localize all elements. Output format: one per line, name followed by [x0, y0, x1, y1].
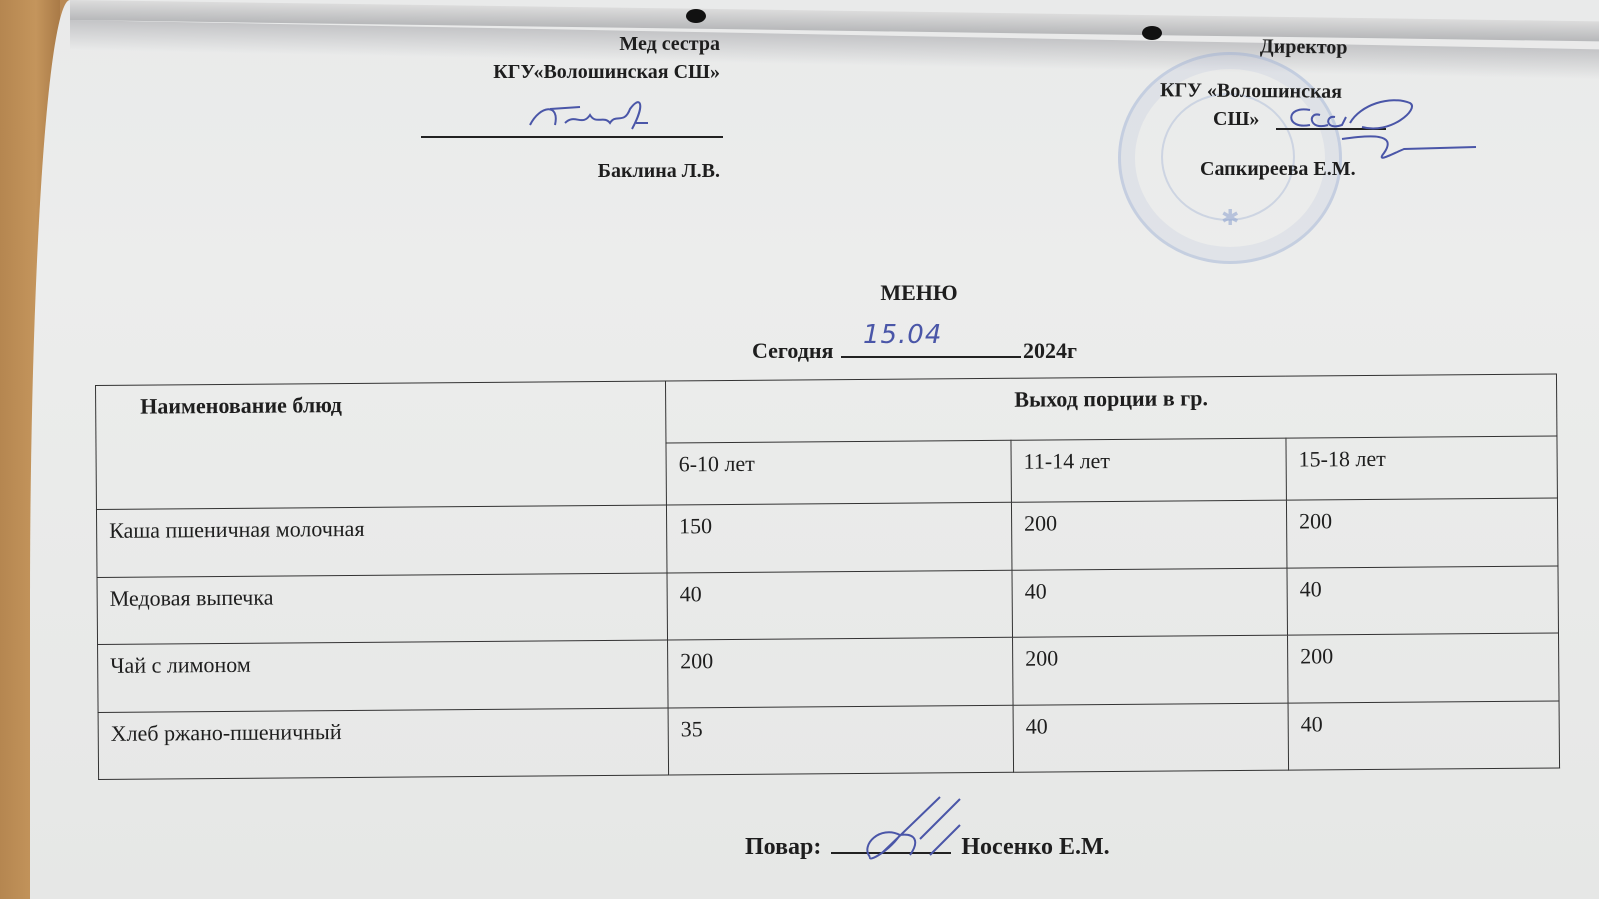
- table-row: Чай с лимоном 200 200 200: [98, 633, 1559, 712]
- table-header-row: Наименование блюд Выход порции в гр.: [96, 374, 1557, 447]
- table-row: Каша пшеничная молочная 150 200 200: [96, 498, 1557, 577]
- date-year: 2024г: [1023, 338, 1077, 363]
- nurse-approval-block: Мед сестра КГУ«Волошинская СШ»: [420, 30, 720, 86]
- punch-hole: [686, 9, 706, 23]
- director-name: Сапкиреева Е.М.: [1200, 158, 1356, 181]
- menu-table: Наименование блюд Выход порции в гр. 6-1…: [95, 374, 1560, 780]
- nurse-role: Мед сестра: [420, 30, 720, 58]
- portion-15-18: 200: [1286, 498, 1558, 568]
- portion-6-10: 40: [667, 570, 1013, 640]
- portion-11-14: 200: [1011, 500, 1287, 570]
- director-signature: [1280, 95, 1480, 165]
- table-row: Хлеб ржано-пшеничный 35 40 40: [98, 701, 1559, 780]
- director-role: Директор: [1260, 35, 1348, 59]
- punch-hole: [1142, 26, 1162, 40]
- director-organization-line2: СШ»: [1213, 108, 1259, 131]
- nurse-signature-line: [421, 136, 723, 138]
- portion-6-10: 35: [668, 705, 1014, 775]
- stamp-star-icon: ✱: [1221, 205, 1239, 231]
- portion-6-10: 150: [666, 502, 1012, 572]
- header-age-11-14: 11-14 лет: [1011, 438, 1286, 502]
- date-handwritten-value: 15.04: [863, 320, 942, 350]
- portion-6-10: 200: [668, 637, 1014, 707]
- portion-15-18: 40: [1288, 701, 1560, 771]
- dish-name: Медовая выпечка: [97, 573, 668, 645]
- date-label: Сегодня: [752, 338, 833, 363]
- header-dish-name: Наименование блюд: [96, 381, 667, 509]
- dish-name: Каша пшеничная молочная: [96, 505, 667, 577]
- table-row: Медовая выпечка 40 40 40: [97, 566, 1558, 645]
- header-age-6-10: 6-10 лет: [666, 440, 1011, 505]
- date-field: 15.04: [841, 334, 1021, 358]
- nurse-signature: [520, 95, 660, 140]
- dish-name: Хлеб ржано-пшеничный: [98, 708, 669, 780]
- cook-name: Носенко Е.М.: [961, 834, 1109, 860]
- header-age-15-18: 15-18 лет: [1286, 436, 1557, 500]
- date-line: Сегодня 15.04 2024г: [752, 334, 1077, 364]
- dish-name: Чай с лимоном: [98, 640, 669, 712]
- page-title: МЕНЮ: [0, 280, 1599, 306]
- portion-15-18: 200: [1288, 633, 1560, 703]
- portion-11-14: 40: [1013, 703, 1289, 773]
- portion-11-14: 200: [1013, 635, 1289, 705]
- cook-signature: [860, 795, 970, 865]
- portion-11-14: 40: [1012, 568, 1288, 638]
- cook-label: Повар:: [745, 834, 821, 860]
- portion-15-18: 40: [1287, 566, 1559, 636]
- nurse-name: Баклина Л.В.: [420, 160, 720, 183]
- nurse-organization: КГУ«Волошинская СШ»: [420, 58, 720, 86]
- header-portion-yield: Выход порции в гр.: [665, 374, 1556, 443]
